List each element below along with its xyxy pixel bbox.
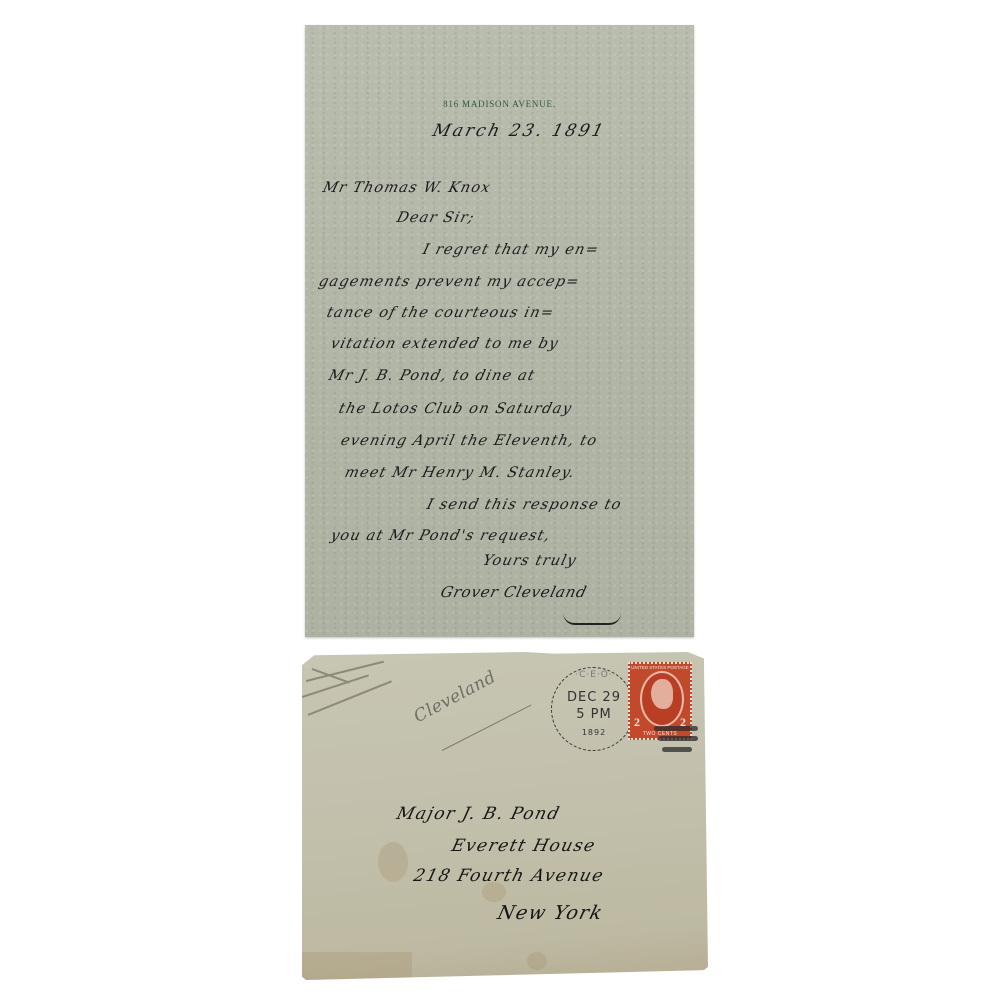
washington-portrait-icon	[651, 679, 673, 709]
letter-body-line: I send this response to	[425, 497, 624, 513]
letter-body-line: the Lotos Club on Saturday	[337, 401, 574, 417]
letter-recipient: Mr Thomas W. Knox	[321, 180, 493, 196]
postmark-time: 5 PM	[564, 707, 624, 722]
letter-body-line: vitation extended to me by	[329, 336, 560, 352]
letter-signature: Grover Cleveland	[439, 583, 589, 601]
signature-flourish	[563, 613, 621, 625]
stain	[378, 842, 408, 882]
stamp-denomination-left: 2	[634, 715, 640, 730]
flap-crease	[308, 680, 392, 715]
postmark-town: ·C·E·O·	[564, 670, 624, 680]
pencil-underline	[442, 705, 532, 751]
address-line-city: New York	[495, 902, 606, 924]
stain	[302, 952, 412, 980]
letter-body-line: tance of the courteous in=	[325, 305, 556, 321]
stamp-top-text: UNITED STATES POSTAGE	[630, 665, 690, 670]
envelope: Cleveland ·C·E·O· DEC 29 5 PM 1892 UNITE…	[302, 652, 708, 980]
letterhead-address: 816 MADISON AVENUE.	[305, 99, 694, 109]
postmark-date: DEC 29	[564, 690, 624, 705]
address-line-name: Major J. B. Pond	[395, 804, 563, 824]
postmark-year: 1892	[564, 728, 624, 737]
letter-body-line: I regret that my en=	[421, 242, 601, 258]
letter-salutation: Dear Sir;	[395, 210, 477, 226]
pencil-note: Cleveland	[411, 667, 500, 727]
address-line-street: 218 Fourth Avenue	[412, 866, 607, 886]
cancellation-bar	[658, 736, 698, 741]
letter-body-line: gagements prevent my accep=	[317, 274, 582, 290]
letter-body-line: meet Mr Henry M. Stanley.	[343, 465, 577, 481]
cancellation-bar	[662, 747, 692, 752]
cancellation-bar	[654, 726, 698, 731]
address-line-hotel: Everett House	[450, 836, 599, 856]
letter-body-line: you at Mr Pond's request,	[329, 528, 552, 544]
letter-date: March 23. 1891	[431, 121, 608, 141]
letter-closing: Yours truly	[481, 553, 578, 569]
letter-sheet: 816 MADISON AVENUE. March 23. 1891 Mr Th…	[305, 25, 694, 637]
stamp-portrait-frame	[640, 671, 684, 727]
letter-body-line: Mr J. B. Pond, to dine at	[327, 368, 537, 384]
letter-body-line: evening April the Eleventh, to	[339, 433, 599, 449]
stain	[527, 952, 547, 970]
